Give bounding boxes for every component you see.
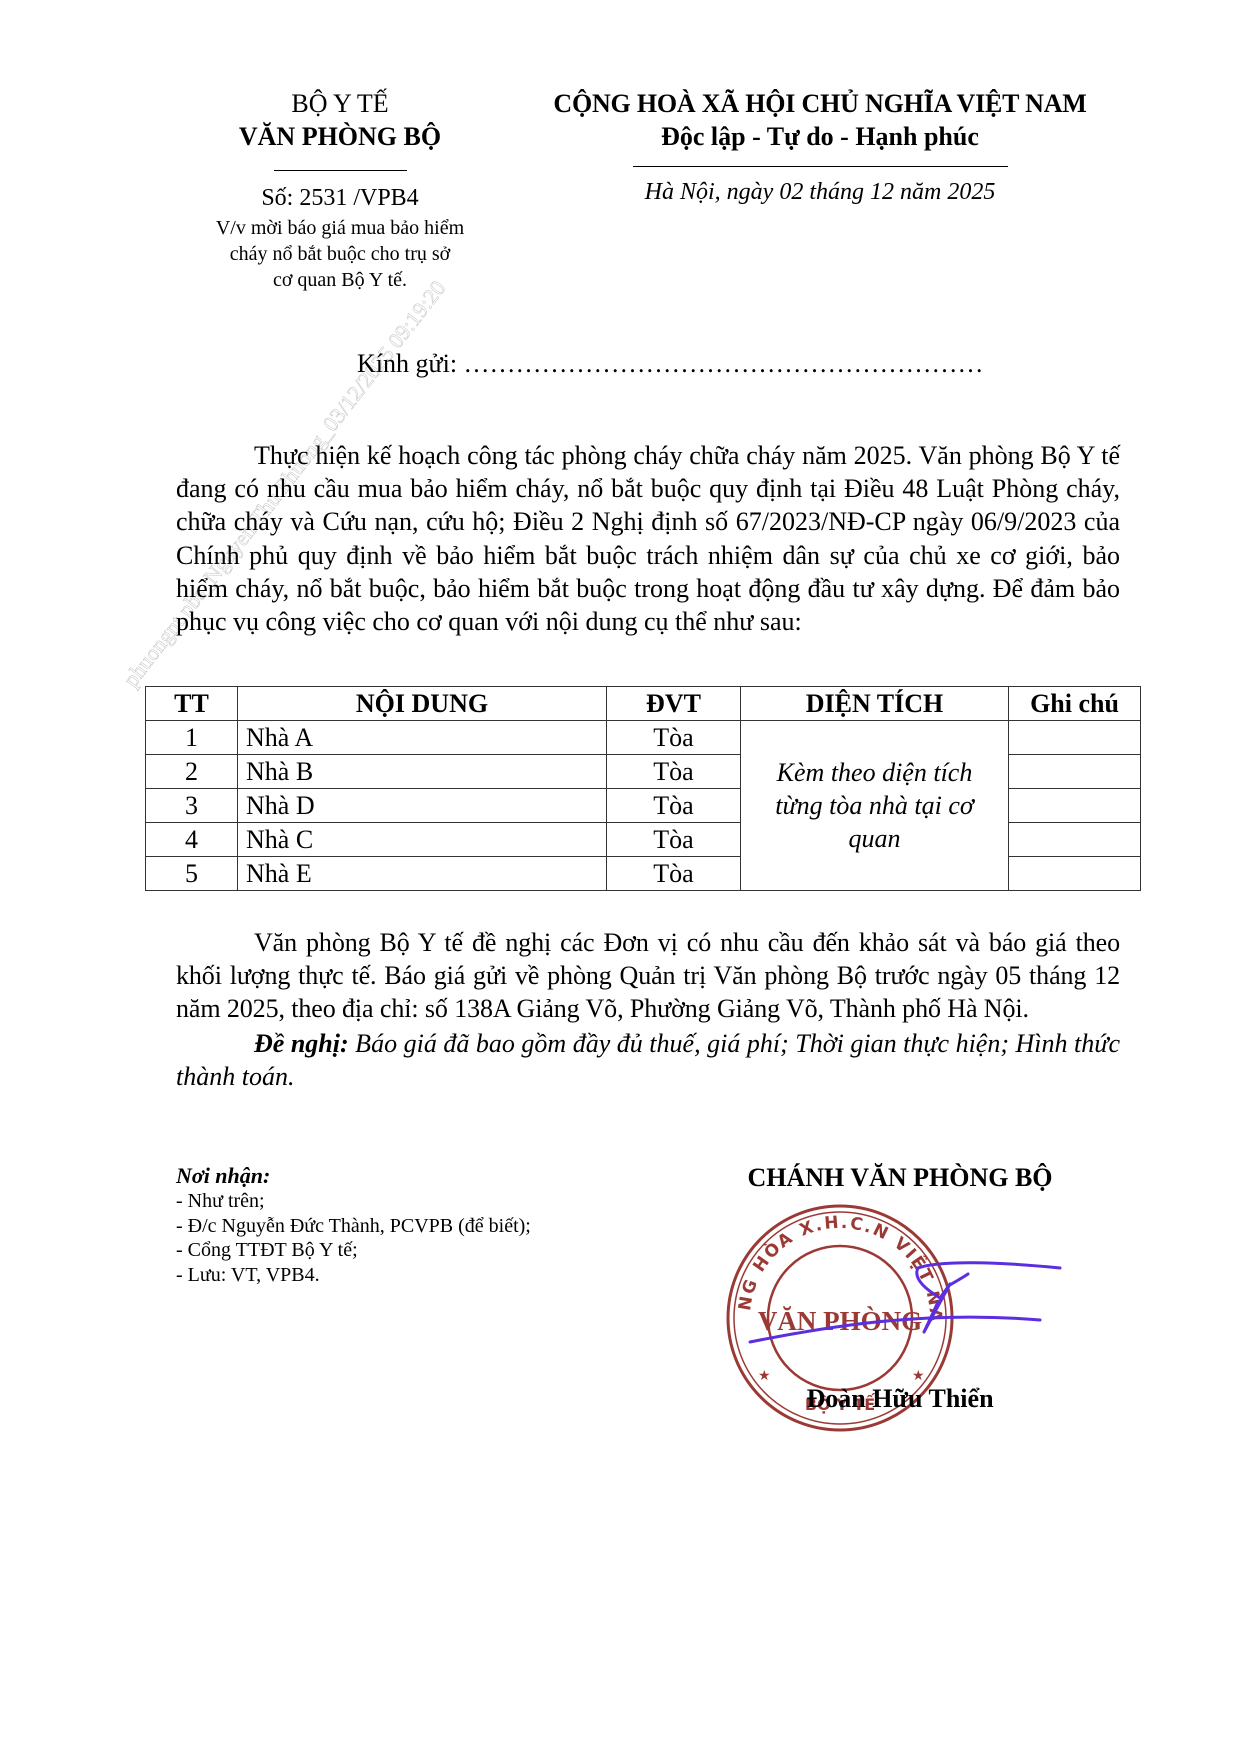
cell-unit: Tòa (607, 823, 741, 857)
addressee-line: Kính gửi: …………………………………………………… (357, 348, 984, 380)
cell-unit: Tòa (607, 789, 741, 823)
national-motto: Độc lập - Tự do - Hạnh phúc (520, 120, 1120, 154)
cell-no: 1 (146, 721, 238, 755)
issuing-agency-block: BỘ Y TẾ VĂN PHÒNG BỘ Số: 2531 /VPB4 V/v … (190, 88, 490, 293)
recipients-title: Nơi nhận: (176, 1163, 531, 1189)
cell-note (1009, 857, 1141, 891)
recipient-item: - Cổng TTĐT Bộ Y tế; (176, 1238, 531, 1263)
requirements-label: Đề nghị: (254, 1029, 349, 1058)
column-header-note: Ghi chú (1009, 687, 1141, 721)
cell-no: 3 (146, 789, 238, 823)
cell-unit: Tòa (607, 857, 741, 891)
signatory-title: CHÁNH VĂN PHÒNG BỘ (720, 1162, 1080, 1194)
document-subject: V/v mời báo giá mua bảo hiểm cháy nổ bắt… (190, 215, 490, 293)
area-note: Kèm theo diện tích từng tòa nhà tại cơ q… (749, 756, 1000, 855)
column-header-unit: ĐVT (607, 687, 741, 721)
buildings-table: TT NỘI DUNG ĐVT DIỆN TÍCH Ghi chú 1 Nhà … (145, 686, 1141, 891)
subject-line: cháy nổ bắt buộc cho trụ sở (190, 241, 490, 267)
document-number: Số: 2531 /VPB4 (190, 183, 490, 213)
body-paragraph-intro: Thực hiện kế hoạch công tác phòng cháy c… (176, 439, 1120, 638)
cell-note (1009, 789, 1141, 823)
parent-organization: BỘ Y TẾ (190, 88, 490, 120)
table-row: 1 Nhà A Tòa Kèm theo diện tích từng tòa … (146, 721, 1141, 755)
cell-no: 4 (146, 823, 238, 857)
cell-content: Nhà A (238, 721, 607, 755)
place-and-date: Hà Nội, ngày 02 tháng 12 năm 2025 (520, 177, 1120, 207)
cell-unit: Tòa (607, 721, 741, 755)
issuing-office: VĂN PHÒNG BỘ (190, 120, 490, 154)
seal-star-icon: ★ (912, 1369, 925, 1384)
cell-content: Nhà E (238, 857, 607, 891)
header-divider-right (633, 166, 1008, 167)
signer-name: Đoàn Hữu Thiển (720, 1383, 1080, 1415)
cell-note (1009, 721, 1141, 755)
cell-note (1009, 823, 1141, 857)
recipient-item: - Lưu: VT, VPB4. (176, 1263, 531, 1288)
handwritten-signature-icon (740, 1240, 1100, 1360)
body-paragraph-requirements: Đề nghị: Báo giá đã bao gồm đầy đủ thuế,… (176, 1027, 1120, 1093)
column-header-area: DIỆN TÍCH (741, 687, 1009, 721)
header-divider-left (274, 170, 407, 171)
cell-no: 2 (146, 755, 238, 789)
subject-line: cơ quan Bộ Y tế. (190, 267, 490, 293)
cell-unit: Tòa (607, 755, 741, 789)
column-header-no: TT (146, 687, 238, 721)
column-header-content: NỘI DUNG (238, 687, 607, 721)
table-header-row: TT NỘI DUNG ĐVT DIỆN TÍCH Ghi chú (146, 687, 1141, 721)
body-paragraph-request: Văn phòng Bộ Y tế đề nghị các Đơn vị có … (176, 926, 1120, 1026)
cell-no: 5 (146, 857, 238, 891)
recipients-block: Nơi nhận: - Như trên; - Đ/c Nguyễn Đức T… (176, 1163, 531, 1287)
national-heading-block: CỘNG HOÀ XÃ HỘI CHỦ NGHĨA VIỆT NAM Độc l… (520, 88, 1120, 207)
subject-line: V/v mời báo giá mua bảo hiểm (190, 215, 490, 241)
recipient-item: - Như trên; (176, 1189, 531, 1214)
cell-area-merged: Kèm theo diện tích từng tòa nhà tại cơ q… (741, 721, 1009, 891)
seal-star-icon: ★ (758, 1369, 771, 1384)
recipient-item: - Đ/c Nguyễn Đức Thành, PCVPB (để biết); (176, 1214, 531, 1239)
cell-note (1009, 755, 1141, 789)
national-title: CỘNG HOÀ XÃ HỘI CHỦ NGHĨA VIỆT NAM (520, 88, 1120, 120)
cell-content: Nhà D (238, 789, 607, 823)
cell-content: Nhà B (238, 755, 607, 789)
cell-content: Nhà C (238, 823, 607, 857)
